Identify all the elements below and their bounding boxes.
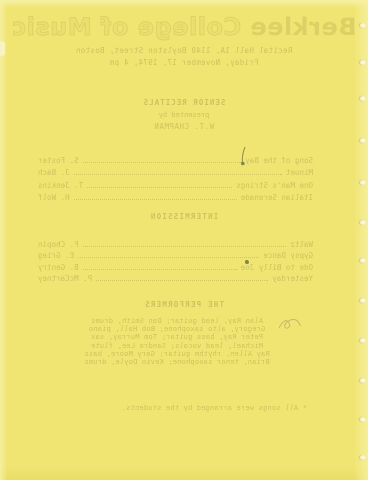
recital-heading: SENIOR RECITALS	[0, 97, 368, 109]
piece-title: Ode to Billy Joe	[241, 263, 313, 272]
program-row: Minuet J. Bach	[38, 165, 313, 177]
performer-line: Peter Ray, bass guitar; Tom Murray, sax	[0, 333, 354, 341]
program-row: Song of the Bay S. Foster	[38, 153, 313, 165]
scanned-program-page: Berklee College of Music Recital Hall 1A…	[0, 0, 368, 480]
pen-tick-mark	[238, 146, 250, 170]
performer-line: Ray Allen, rhythm guitar; Gary Moore, ba…	[0, 350, 354, 358]
berklee-logo: Berklee College of Music	[0, 13, 368, 41]
recital-heading-block: SENIOR RECITALS presented by W.T. CHAPMA…	[0, 97, 368, 133]
performers-heading: THE PERFORMERS	[0, 300, 368, 309]
composer-name: T. Jenkins	[38, 181, 83, 190]
dotted-leader	[83, 269, 237, 270]
program-row: Ode to Billy Joe B. Gentry	[38, 260, 313, 272]
dotted-leader	[74, 174, 282, 175]
program-row: Waltz F. Chopin	[38, 237, 313, 249]
logo-text-outline: College of Music	[11, 13, 250, 41]
composer-name: H. Wolf	[38, 193, 70, 202]
performer-line: Michael, lead vocals; Sandra Lee, flute	[0, 342, 354, 350]
piece-title: Minuet	[286, 168, 313, 177]
dotted-leader	[78, 257, 259, 258]
performer-name: W.T. CHAPMAN	[0, 121, 368, 133]
piece-title: Italian Serenade	[241, 193, 313, 202]
ink-speck-mark	[245, 260, 249, 264]
composer-name: F. Chopin	[38, 240, 79, 249]
program-list-first-half: Song of the Bay S. Foster Minuet J. Bach…	[38, 153, 313, 202]
dotted-leader	[96, 280, 268, 281]
intermission-label: INTERMISSION	[0, 212, 368, 221]
dotted-leader	[74, 199, 237, 200]
presented-by: presented by	[0, 109, 368, 121]
program-row: Gypsy Dance E. Grieg	[38, 249, 313, 261]
performer-line: Brian, tenor saxophone; Kevin Doyle, dru…	[0, 358, 354, 366]
piece-title: Gypsy Dance	[263, 251, 313, 260]
piece-title: Yesterday	[272, 274, 313, 283]
pencil-scribble-mark	[276, 316, 304, 334]
piece-title: One Man's Strings	[236, 181, 313, 190]
piece-title: Song of the Bay	[245, 156, 313, 165]
date-line: Friday, November 17, 1974, 4 pm	[0, 58, 368, 67]
venue-line: Recital Hall 1A, 1140 Boylston Street, B…	[0, 46, 368, 55]
program-row: Italian Serenade H. Wolf	[38, 190, 313, 202]
composer-name: S. Foster	[38, 156, 79, 165]
dotted-leader	[83, 162, 242, 163]
bleedthrough-layer: Berklee College of Music Recital Hall 1A…	[0, 0, 368, 480]
program-list-second-half: Waltz F. Chopin Gypsy Dance E. Grieg Ode…	[38, 237, 313, 283]
composer-name: J. Bach	[38, 168, 70, 177]
piece-title: Waltz	[290, 240, 313, 249]
dotted-leader	[87, 187, 232, 188]
logo-text-bold: Berklee	[250, 13, 357, 41]
program-row: Yesterday P. McCartney	[38, 272, 313, 284]
program-row: One Man's Strings T. Jenkins	[38, 177, 313, 189]
footnote: * All songs were arranged by the student…	[0, 404, 307, 412]
paper-edge-notch	[0, 41, 5, 56]
dotted-leader	[83, 246, 287, 247]
composer-name: E. Grieg	[38, 251, 74, 260]
composer-name: P. McCartney	[38, 274, 92, 283]
composer-name: B. Gentry	[38, 263, 79, 272]
